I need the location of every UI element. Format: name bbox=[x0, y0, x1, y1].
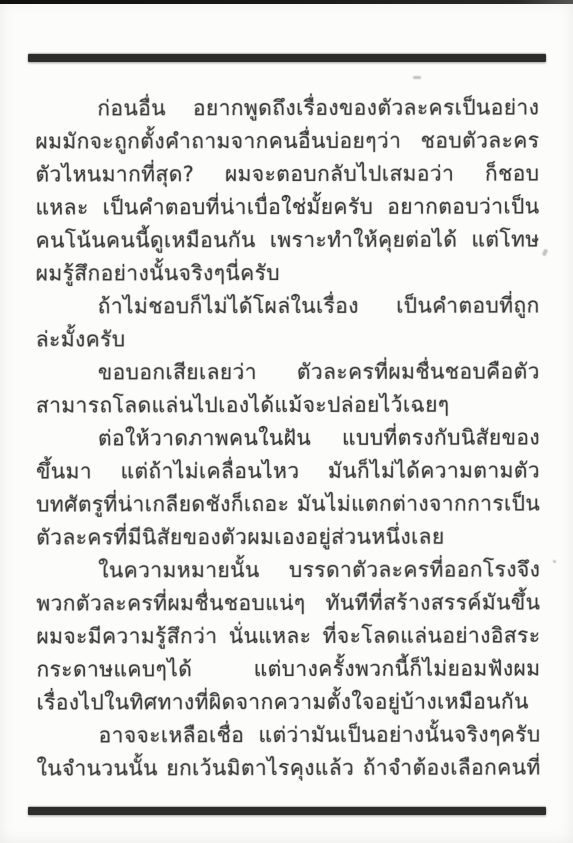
text-line: คนโน้นคนนี้ดูเหมือนกัน เพราะทำให้คุยต่อไ… bbox=[36, 223, 540, 257]
text-line: ถ้าไม่ชอบก็ไม่ได้โผล่ในเรื่อง เป็นคำตอบท… bbox=[36, 289, 540, 323]
text-line: ก่อนอื่น อยากพูดถึงเรื่องของตัวละครเป็นอ… bbox=[35, 91, 539, 125]
scan-speck bbox=[542, 248, 549, 256]
text-line: ผมมักจะถูกตั้งคำถามจากคนอื่นบ่อยๆว่า ชอบ… bbox=[35, 124, 539, 158]
text-line: ตัวละครที่มีนิสัยของตัวผมเองอยู่ส่วนหนึ่… bbox=[36, 520, 540, 554]
text-line: สามารถโลดแล่นไปเองได้แม้จะปล่อยไว้เฉยๆ bbox=[36, 388, 540, 422]
text-line: พวกตัวละครที่ผมชื่นชอบแน่ๆ ทันทีที่สร้าง… bbox=[36, 586, 540, 620]
text-line: ขอบอกเสียเลยว่า ตัวละครที่ผมชื่นชอบคือตั… bbox=[36, 355, 540, 389]
scan-top-edge bbox=[0, 0, 573, 4]
text-line: อาจจะเหลือเชื่อ แต่ว่ามันเป็นอย่างนั้นจร… bbox=[37, 718, 541, 752]
text-line: แหละ เป็นคำตอบที่น่าเบื่อใช่มั้ยครับ อยา… bbox=[35, 190, 539, 224]
text-line: กระดาษแคบๆได้ แต่บางครั้งพวกนี้ก็ไม่ยอมฟ… bbox=[36, 652, 540, 686]
body-text: ก่อนอื่น อยากพูดถึงเรื่องของตัวละครเป็นอ… bbox=[35, 91, 540, 785]
header-rule bbox=[28, 54, 546, 62]
scan-speck bbox=[553, 560, 556, 563]
text-line: ต่อให้วาดภาพคนในฝัน แบบที่ตรงกับนิสัยของ… bbox=[36, 421, 540, 455]
text-line: ขึ้นมา แต่ถ้าไม่เคลื่อนไหว มันก็ไม่ได้คว… bbox=[36, 454, 540, 488]
text-line: ตัวไหนมากที่สุด? ผมจะตอบกลับไปเสมอว่า ก็… bbox=[35, 157, 539, 191]
text-line: ผมจะมีความรู้สึกว่า นั่นแหละ ที่จะโลดแล่… bbox=[36, 619, 540, 653]
text-line: ล่ะมั้งครับ bbox=[36, 322, 540, 356]
text-line: ในจำนวนนั้น ยกเว้นมิตาไรคุงแล้ว ถ้าจำต้อ… bbox=[37, 751, 541, 785]
text-line: เรื่องไปในทิศทางที่ผิดจากความตั้งใจอยู่บ… bbox=[37, 685, 541, 719]
text-line: ในความหมายนั้น บรรดาตัวละครที่ออกโรงจึงเ… bbox=[36, 553, 540, 587]
footer-rule bbox=[28, 807, 546, 815]
scan-speck bbox=[413, 76, 421, 79]
scanned-page: ก่อนอื่น อยากพูดถึงเรื่องของตัวละครเป็นอ… bbox=[0, 0, 573, 843]
text-line: บทศัตรูที่น่าเกลียดชังก็เถอะ มันไม่แตกต่… bbox=[36, 487, 540, 521]
text-line: ผมรู้สึกอย่างนั้นจริงๆนี่ครับ bbox=[36, 256, 540, 290]
